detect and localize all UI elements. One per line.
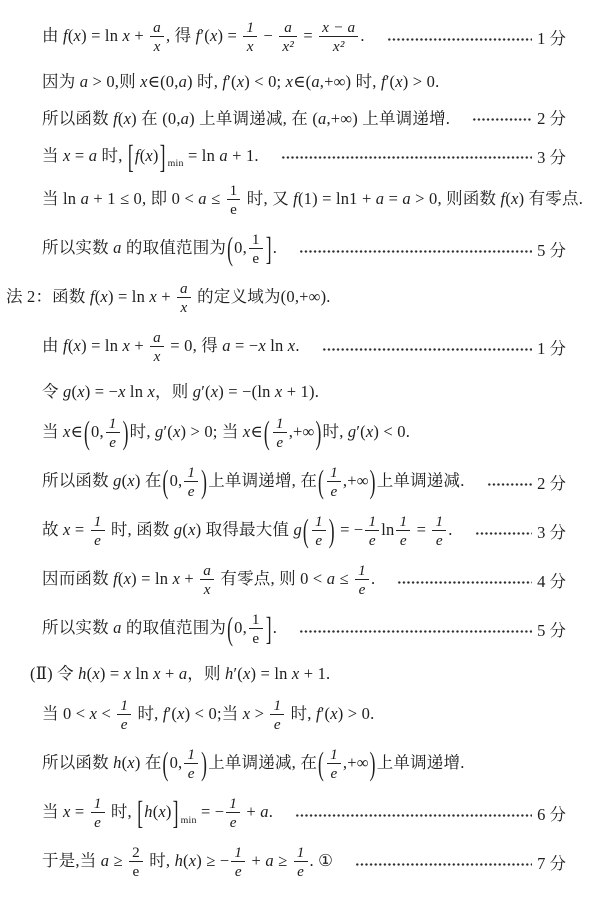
- text-run: 时,: [130, 422, 155, 441]
- text-run: 当: [42, 802, 63, 821]
- text-run: ∈: [250, 422, 262, 441]
- text-run: 0,: [234, 618, 247, 637]
- big-delimiter: ]: [172, 794, 180, 833]
- fraction-numerator: a: [279, 19, 297, 37]
- fraction-numerator: 1: [91, 795, 105, 813]
- text-run: +: [130, 26, 148, 45]
- math-variable: x: [118, 382, 126, 401]
- big-delimiter: (: [83, 414, 91, 453]
- line-content: 因而函数 f(x) = ln x + ax 有零点, 则 0 < a ≤ 1e.: [42, 562, 375, 598]
- text-run: ) 时,: [187, 72, 222, 91]
- fraction-denominator: x²: [319, 37, 358, 55]
- text-run: 由: [42, 26, 63, 45]
- solution-line: 由 f(x) = ln x + ax = 0, 得 a = −x ln x.1 …: [42, 329, 566, 365]
- fraction: 1e: [117, 697, 131, 733]
- text-run: ≤: [335, 569, 353, 588]
- text-run: +: [161, 664, 179, 683]
- text-run: ≥: [109, 851, 127, 870]
- fraction-numerator: 1: [273, 415, 287, 433]
- text-run: 的定义域为(0,+∞).: [193, 287, 331, 306]
- line-content: 所以函数 g(x) 在(0,1e)上单调递增, 在(1e,+∞)上单调递减.: [42, 464, 465, 500]
- dotted-leader: [355, 863, 532, 866]
- fraction: ax: [150, 19, 164, 55]
- solution-line: 法 2：函数 f(x) = ln x + ax 的定义域为(0,+∞).: [6, 280, 566, 316]
- text-run: =: [71, 520, 89, 539]
- text-run: ) 取得最大值: [196, 520, 294, 539]
- text-run: +: [130, 336, 148, 355]
- text-run: 因而函数: [42, 569, 113, 588]
- math-variable: a: [113, 238, 121, 257]
- text-run: ) 在: [135, 471, 162, 490]
- solution-line: 当 x = a 时, [f(x)]min = ln a + 1.3 分: [42, 142, 566, 169]
- score-mark: 6 分: [537, 801, 566, 825]
- text-run: ) = −(ln: [218, 382, 275, 401]
- text-run: ln: [381, 520, 394, 539]
- text-run: 的取值范围为: [122, 618, 227, 637]
- math-variable: x: [140, 72, 148, 91]
- math-variable: a: [311, 72, 319, 91]
- text-run: ) 上单调递减, 在 (: [189, 109, 318, 128]
- text-run: + 1.: [299, 664, 330, 683]
- text-run: +: [157, 287, 175, 306]
- big-delimiter: ]: [265, 610, 273, 649]
- fraction: 1e: [396, 513, 410, 549]
- math-variable: a: [222, 336, 230, 355]
- math-variable: a: [113, 618, 121, 637]
- math-variable: a: [181, 109, 189, 128]
- text-run: =: [299, 26, 317, 45]
- solution-line: 故 x = 1e 时, 函数 g(x) 取得最大值 g(1e) = −1eln1…: [42, 513, 566, 549]
- math-variable: x: [158, 802, 166, 821]
- fraction-denominator: e: [91, 813, 105, 831]
- math-variable: x: [100, 287, 108, 306]
- math-variable: x: [63, 802, 71, 821]
- fraction-denominator: e: [270, 715, 284, 733]
- text-run: 时, 又: [242, 189, 293, 208]
- fraction: 1e: [226, 795, 240, 831]
- text-run: = −: [231, 336, 259, 355]
- text-run: ′(: [321, 704, 331, 723]
- score-mark: 1 分: [537, 335, 566, 359]
- fraction-numerator: 1: [106, 415, 120, 433]
- score-mark: 3 分: [537, 144, 566, 168]
- text-run: ) > 0.: [403, 72, 440, 91]
- text-run: ) = ln: [81, 26, 122, 45]
- fraction-denominator: e: [327, 482, 341, 500]
- math-variable: a: [376, 189, 384, 208]
- text-run: 所以函数: [42, 471, 113, 490]
- math-variable: a: [80, 72, 88, 91]
- solution-line: 所以实数 a 的取值范围为(0,1e].5 分: [42, 611, 566, 647]
- line-content: 当 ln a + 1 ≤ 0, 即 0 < a ≤ 1e 时, 又 f(1) =…: [42, 182, 583, 218]
- line-content: 于是,当 a ≥ 2e 时, h(x) ≥ −1e + a ≥ 1e. ①: [42, 844, 333, 880]
- text-run: ′(: [168, 704, 178, 723]
- text-run: .: [295, 336, 299, 355]
- text-run: ′(: [163, 422, 173, 441]
- fraction-denominator: e: [184, 482, 198, 500]
- fraction-denominator: e: [117, 715, 131, 733]
- score-mark: 7 分: [537, 850, 566, 874]
- fraction-numerator: 1: [327, 746, 341, 764]
- big-delimiter: (: [162, 745, 170, 784]
- text-run: 当: [42, 146, 63, 165]
- fraction: 1e: [432, 513, 446, 549]
- dotted-leader: [299, 250, 532, 253]
- math-variable: h: [175, 851, 183, 870]
- dotted-leader: [387, 38, 532, 41]
- text-run: = −: [197, 802, 225, 821]
- text-run: 上单调递减, 在: [208, 753, 317, 772]
- text-run: ∈(0,: [148, 72, 179, 91]
- line-content: (Ⅱ) 令 h(x) = x ln x + a，则 h′(x) = ln x +…: [30, 660, 330, 684]
- document-page: 由 f(x) = ln x + ax, 得 f′(x) = 1x − ax² =…: [0, 0, 594, 880]
- text-run: 故: [42, 520, 63, 539]
- text-run: .: [360, 26, 364, 45]
- score-mark: 2 分: [537, 105, 566, 129]
- math-variable: g: [293, 520, 301, 539]
- fraction-denominator: e: [355, 580, 369, 598]
- text-run: 0,: [91, 422, 104, 441]
- fraction: 1e: [184, 464, 198, 500]
- math-variable: x: [127, 471, 135, 490]
- fraction: 1e: [273, 415, 287, 451]
- math-variable: x: [188, 520, 196, 539]
- math-variable: h: [78, 664, 86, 683]
- text-run: 由: [42, 336, 63, 355]
- fraction-numerator: a: [150, 19, 164, 37]
- math-variable: a: [198, 189, 206, 208]
- fraction: 1e: [249, 231, 263, 267]
- big-delimiter: ): [200, 463, 208, 502]
- text-run: 时, 函数: [107, 520, 174, 539]
- text-run: 的取值范围为: [122, 238, 227, 257]
- big-delimiter: (: [317, 745, 325, 784]
- text-run: (1) = ln1 +: [298, 189, 376, 208]
- math-variable: x: [145, 146, 153, 165]
- math-variable: x: [77, 382, 85, 401]
- fraction-denominator: e: [312, 531, 326, 549]
- text-run: ) = ln: [108, 287, 149, 306]
- fraction-denominator: x²: [279, 37, 297, 55]
- math-variable: x: [149, 287, 157, 306]
- text-run: 上单调递增, 在: [208, 471, 317, 490]
- text-run: 时,: [323, 422, 348, 441]
- text-run: +: [242, 802, 260, 821]
- text-run: 当: [42, 422, 63, 441]
- text-run: 于是,当: [42, 851, 101, 870]
- math-variable: a: [265, 851, 273, 870]
- fraction-denominator: e: [327, 764, 341, 782]
- math-variable: x: [122, 336, 130, 355]
- math-variable: x: [63, 520, 71, 539]
- math-variable: x: [153, 664, 161, 683]
- big-delimiter: ): [369, 463, 377, 502]
- fraction-numerator: 1: [365, 513, 379, 531]
- math-variable: x: [148, 382, 156, 401]
- text-run: 0,: [170, 753, 183, 772]
- math-variable: x: [395, 72, 403, 91]
- fraction-numerator: a: [177, 280, 191, 298]
- text-run: ,+∞) 时,: [320, 72, 381, 91]
- math-variable: x: [511, 189, 519, 208]
- text-run: 0,: [170, 471, 183, 490]
- text-run: 上单调递减.: [377, 471, 465, 490]
- text-run: 所以函数: [42, 109, 113, 128]
- solution-line: 所以函数 g(x) 在(0,1e)上单调递增, 在(1e,+∞)上单调递减.2 …: [42, 464, 566, 500]
- text-run: . ①: [310, 851, 334, 870]
- big-delimiter: (: [226, 230, 234, 269]
- fraction-denominator: x: [243, 37, 257, 55]
- text-run: ≥: [274, 851, 292, 870]
- text-run: >: [250, 704, 268, 723]
- fraction-denominator: e: [249, 249, 263, 267]
- text-run: ≤: [207, 189, 225, 208]
- text-run: > 0,则: [88, 72, 140, 91]
- text-run: ) = ln: [251, 664, 292, 683]
- fraction: 1e: [355, 562, 369, 598]
- fraction-numerator: 1: [270, 697, 284, 715]
- text-run: 法 2：函数: [6, 287, 90, 306]
- line-content: 当 x = a 时, [f(x)]min = ln a + 1.: [42, 142, 259, 169]
- fraction: 1e: [91, 795, 105, 831]
- line-content: 当 x = 1e 时, [h(x)]min = −1e + a.: [42, 795, 273, 831]
- math-variable: a: [402, 189, 410, 208]
- fraction: ax: [200, 562, 214, 598]
- text-run: ′(: [386, 72, 396, 91]
- text-run: 时,: [133, 704, 163, 723]
- fraction-numerator: 1: [91, 513, 105, 531]
- text-run: ) =: [218, 26, 242, 45]
- text-run: 时,: [107, 802, 137, 821]
- math-variable: g: [113, 471, 121, 490]
- text-run: = 0, 得: [166, 336, 222, 355]
- text-run: > 0, 则函数: [411, 189, 501, 208]
- fraction-denominator: e: [249, 629, 263, 647]
- text-run: 当 ln: [42, 189, 81, 208]
- math-variable: a: [327, 569, 335, 588]
- text-run: ∈: [71, 422, 83, 441]
- fraction: 1e: [91, 513, 105, 549]
- fraction-denominator: e: [91, 531, 105, 549]
- text-run: ln: [131, 664, 153, 683]
- score-mark: 4 分: [537, 568, 566, 592]
- text-run: .: [371, 569, 375, 588]
- math-variable: x: [243, 664, 251, 683]
- solution-line: 令 g(x) = −x ln x，则 g′(x) = −(ln x + 1).: [42, 378, 566, 402]
- math-variable: x: [210, 26, 218, 45]
- fraction-numerator: a: [150, 329, 164, 347]
- fraction-denominator: x: [150, 37, 164, 55]
- big-delimiter: [: [127, 138, 135, 177]
- text-run: + 1).: [282, 382, 319, 401]
- fraction-numerator: 1: [117, 697, 131, 715]
- text-run: .: [269, 802, 273, 821]
- fraction-numerator: 1: [231, 844, 245, 862]
- fraction-numerator: 1: [355, 562, 369, 580]
- text-run: = ln: [184, 146, 220, 165]
- text-run: 有零点, 则 0 <: [216, 569, 327, 588]
- score-mark: 5 分: [537, 237, 566, 261]
- text-run: ∈(: [293, 72, 311, 91]
- text-run: ) =: [100, 664, 124, 683]
- fraction-numerator: 2: [129, 844, 143, 862]
- text-run: 所以实数: [42, 618, 113, 637]
- fraction-numerator: 1: [249, 231, 263, 249]
- math-variable: a: [81, 189, 89, 208]
- solution-line: 所以函数 h(x) 在(0,1e)上单调递减, 在(1e,+∞)上单调递增.: [42, 746, 566, 782]
- dotted-leader: [295, 814, 532, 817]
- solution-line: 因而函数 f(x) = ln x + ax 有零点, 则 0 < a ≤ 1e.…: [42, 562, 566, 598]
- fraction-denominator: x: [150, 347, 164, 365]
- math-variable: a: [179, 664, 187, 683]
- math-variable: a: [89, 146, 97, 165]
- fraction-denominator: e: [226, 813, 240, 831]
- text-run: ) > 0; 当: [180, 422, 242, 441]
- text-run: .: [273, 618, 277, 637]
- line-content: 由 f(x) = ln x + ax = 0, 得 a = −x ln x.: [42, 329, 300, 365]
- dotted-leader: [281, 156, 532, 159]
- math-variable: x: [74, 26, 82, 45]
- text-run: 上单调递增.: [377, 753, 465, 772]
- fraction-numerator: 1: [432, 513, 446, 531]
- text-run: ) 在 (0,: [131, 109, 181, 128]
- fraction-denominator: e: [365, 531, 379, 549]
- big-delimiter: (: [317, 463, 325, 502]
- text-run: ) 在: [135, 753, 162, 772]
- fraction-denominator: e: [432, 531, 446, 549]
- line-content: 故 x = 1e 时, 函数 g(x) 取得最大值 g(1e) = −1eln1…: [42, 513, 453, 549]
- text-run: 当 0 <: [42, 704, 90, 723]
- text-run: 所以函数: [42, 753, 113, 772]
- line-content: 当 x∈(0,1e)时, g′(x) > 0; 当 x∈(1e,+∞)时, g′…: [42, 415, 410, 451]
- fraction-denominator: x: [177, 298, 191, 316]
- big-delimiter: ): [369, 745, 377, 784]
- fraction: ax: [177, 280, 191, 316]
- fraction: 1e: [365, 513, 379, 549]
- text-run: 时,: [286, 704, 316, 723]
- fraction-denominator: e: [396, 531, 410, 549]
- fraction: 1x: [243, 19, 257, 55]
- score-mark: 2 分: [537, 470, 566, 494]
- line-content: 令 g(x) = −x ln x，则 g′(x) = −(ln x + 1).: [42, 378, 319, 402]
- text-run: ′(: [227, 72, 237, 91]
- text-run: 所以实数: [42, 238, 113, 257]
- solution-line: 所以实数 a 的取值范围为(0,1e].5 分: [42, 231, 566, 267]
- big-delimiter: ]: [159, 138, 167, 177]
- solution-line: 于是,当 a ≥ 2e 时, h(x) ≥ −1e + a ≥ 1e. ①7 分: [42, 844, 566, 880]
- fraction: 1e: [106, 415, 120, 451]
- fraction: 1e: [227, 182, 241, 218]
- text-run: 时,: [145, 851, 175, 870]
- line-content: 由 f(x) = ln x + ax, 得 f′(x) = 1x − ax² =…: [42, 19, 365, 55]
- dotted-leader: [472, 118, 532, 121]
- big-delimiter: ): [200, 745, 208, 784]
- fraction: 1e: [327, 464, 341, 500]
- line-content: 所以函数 h(x) 在(0,1e)上单调递减, 在(1e,+∞)上单调递增.: [42, 746, 465, 782]
- fraction-numerator: a: [200, 562, 214, 580]
- solution-line: 当 0 < x < 1e 时, f′(x) < 0;当 x > 1e 时, f′…: [42, 697, 566, 733]
- text-run: =: [384, 189, 402, 208]
- fraction-numerator: 1: [226, 795, 240, 813]
- fraction-numerator: 1: [396, 513, 410, 531]
- math-variable: a: [101, 851, 109, 870]
- fraction: x − ax²: [319, 19, 358, 55]
- dotted-leader: [397, 581, 532, 584]
- text-run: ) < 0;: [244, 72, 285, 91]
- dotted-leader: [299, 630, 532, 633]
- fraction: 1e: [231, 844, 245, 880]
- text-run: + 1.: [228, 146, 259, 165]
- fraction: ax: [150, 329, 164, 365]
- fraction-denominator: x: [200, 580, 214, 598]
- fraction: 1e: [294, 844, 308, 880]
- text-run: 0,: [234, 238, 247, 257]
- text-run: +: [180, 569, 198, 588]
- text-run: .: [273, 238, 277, 257]
- dotted-leader: [475, 532, 533, 535]
- fraction: 1e: [184, 746, 198, 782]
- math-variable: g: [193, 382, 201, 401]
- math-variable: h: [144, 802, 152, 821]
- fraction: 1e: [312, 513, 326, 549]
- math-variable: x: [63, 422, 71, 441]
- solution-line: 所以函数 f(x) 在 (0,a) 上单调递减, 在 (a,+∞) 上单调递增.…: [42, 105, 566, 129]
- score-mark: 3 分: [537, 519, 566, 543]
- text-run: ) = ln: [81, 336, 122, 355]
- text-run: ，则: [187, 664, 225, 683]
- fraction: 1e: [249, 611, 263, 647]
- text-run: =: [71, 802, 89, 821]
- text-run: 时,: [97, 146, 127, 165]
- text-run: ，则: [155, 382, 193, 401]
- math-variable: x: [177, 704, 185, 723]
- fraction-numerator: 1: [249, 611, 263, 629]
- text-run: ) < 0.: [373, 422, 410, 441]
- subscript: min: [168, 158, 184, 169]
- math-variable: x: [258, 336, 266, 355]
- line-content: 因为 a > 0,则 x∈(0,a) 时, f′(x) < 0; x∈(a,+∞…: [42, 68, 439, 92]
- fraction-denominator: e: [294, 862, 308, 880]
- big-delimiter: ): [122, 414, 130, 453]
- fraction-denominator: e: [184, 764, 198, 782]
- text-run: ) = −: [85, 382, 118, 401]
- fraction-numerator: 1: [294, 844, 308, 862]
- solution-line: 因为 a > 0,则 x∈(0,a) 时, f′(x) < 0; x∈(a,+∞…: [42, 68, 566, 92]
- fraction-denominator: e: [227, 200, 241, 218]
- dotted-leader: [322, 348, 532, 351]
- text-run: ) < 0;当: [185, 704, 243, 723]
- text-run: 因为: [42, 72, 80, 91]
- fraction-denominator: e: [273, 433, 287, 451]
- solution-line: 当 ln a + 1 ≤ 0, 即 0 < a ≤ 1e 时, 又 f(1) =…: [42, 182, 566, 218]
- fraction: 2e: [129, 844, 143, 880]
- text-run: =: [412, 520, 430, 539]
- text-run: ,+∞: [343, 753, 369, 772]
- math-variable: x: [127, 753, 135, 772]
- text-run: ) > 0.: [338, 704, 375, 723]
- math-variable: a: [260, 802, 268, 821]
- math-variable: a: [179, 72, 187, 91]
- text-run: ) 有零点.: [519, 189, 583, 208]
- text-run: ′(: [201, 382, 211, 401]
- line-content: 法 2：函数 f(x) = ln x + ax 的定义域为(0,+∞).: [6, 280, 331, 316]
- fraction-numerator: 1: [184, 464, 198, 482]
- math-variable: h: [113, 753, 121, 772]
- text-run: =: [71, 146, 89, 165]
- score-mark: 5 分: [537, 617, 566, 641]
- big-delimiter: ]: [265, 230, 273, 269]
- text-run: + 1 ≤ 0, 即 0 <: [89, 189, 198, 208]
